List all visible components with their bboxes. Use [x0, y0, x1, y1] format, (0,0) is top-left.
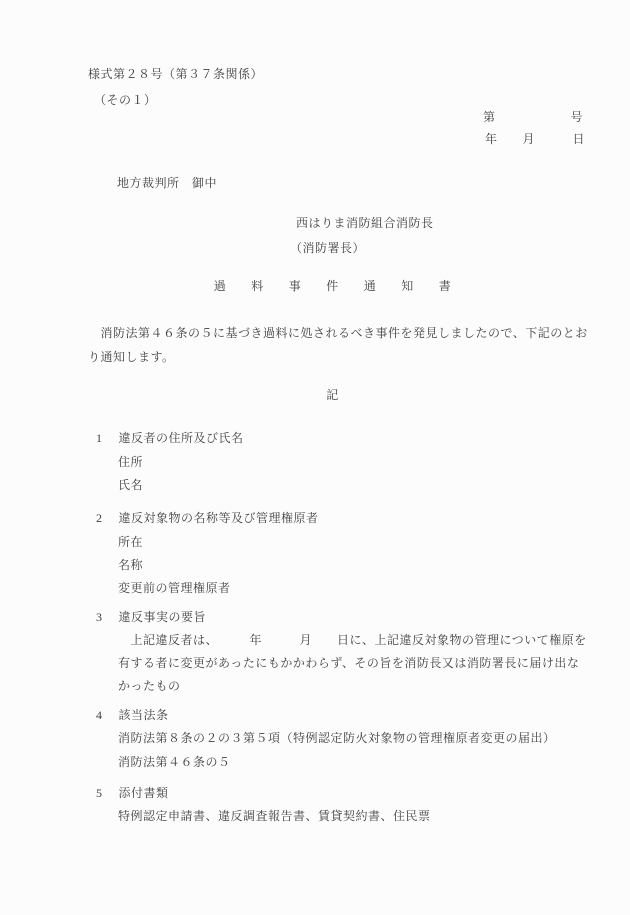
- sender-sub: （消防署長）: [290, 241, 365, 256]
- item-2-line-prev-manager: 変更前の管理権原者: [118, 581, 231, 596]
- addressee: 地方裁判所 御中: [117, 176, 217, 191]
- body-paragraph-line-1: 消防法第４６条の５に基づき過料に処されるべき事件を発見しましたので、下記のとお: [88, 326, 588, 341]
- item-2-line-name: 名称: [118, 558, 143, 573]
- body-paragraph-line-2: り通知します。: [88, 350, 175, 365]
- form-subnumber: （その１）: [94, 93, 157, 108]
- document-page: 様式第２８号（第３７条関係） （その１） 第 号 年 月 日 地方裁判所 御中 …: [0, 0, 630, 915]
- item-1-title: 違反者の住所及び氏名: [119, 431, 244, 445]
- item-4-number: 4: [96, 708, 103, 722]
- item-3-heading: 3違反事実の要旨: [96, 610, 206, 625]
- item-4-line-1: 消防法第８条の２の３第５項（特例認定防火対象物の管理権原者変更の届出）: [118, 731, 556, 746]
- doc-number-blank: 第 号: [483, 110, 583, 125]
- item-4-line-2: 消防法第４６条の５: [118, 755, 231, 770]
- item-3-line-2: 有する者に変更があったにもかかわらず、その旨を消防長又は消防署長に届け出な: [118, 656, 579, 671]
- item-2-line-location: 所在: [118, 535, 143, 550]
- item-2-heading: 2違反対象物の名称等及び管理権原者: [96, 511, 319, 526]
- document-title: 過 料 事 件 通 知 書: [88, 279, 577, 294]
- item-2-number: 2: [96, 511, 103, 525]
- item-5-heading: 5添付書類: [96, 786, 169, 801]
- item-1-heading: 1違反者の住所及び氏名: [96, 431, 244, 446]
- item-5-number: 5: [96, 786, 103, 800]
- date-blank: 年 月 日: [485, 132, 585, 147]
- item-3-line-3: かったもの: [118, 679, 181, 694]
- item-4-title: 該当法条: [119, 708, 169, 722]
- form-number: 様式第２８号（第３７条関係）: [88, 67, 263, 82]
- item-5-title: 添付書類: [119, 786, 169, 800]
- item-3-line-1: 上記違反者は、 年 月 日に、上記違反対象物の管理について権原を: [118, 633, 587, 648]
- item-2-title: 違反対象物の名称等及び管理権原者: [119, 511, 319, 525]
- ki-marker: 記: [88, 388, 577, 403]
- item-1-line-address: 住所: [118, 455, 143, 470]
- sender: 西はりま消防組合消防長: [296, 216, 434, 231]
- item-4-heading: 4該当法条: [96, 708, 169, 723]
- item-5-line-1: 特例認定申請書、違反調査報告書、賃貸契約書、住民票: [118, 809, 431, 824]
- item-1-number: 1: [96, 431, 103, 445]
- item-3-title: 違反事実の要旨: [119, 610, 207, 624]
- item-3-number: 3: [96, 610, 103, 624]
- item-1-line-name: 氏名: [118, 478, 143, 493]
